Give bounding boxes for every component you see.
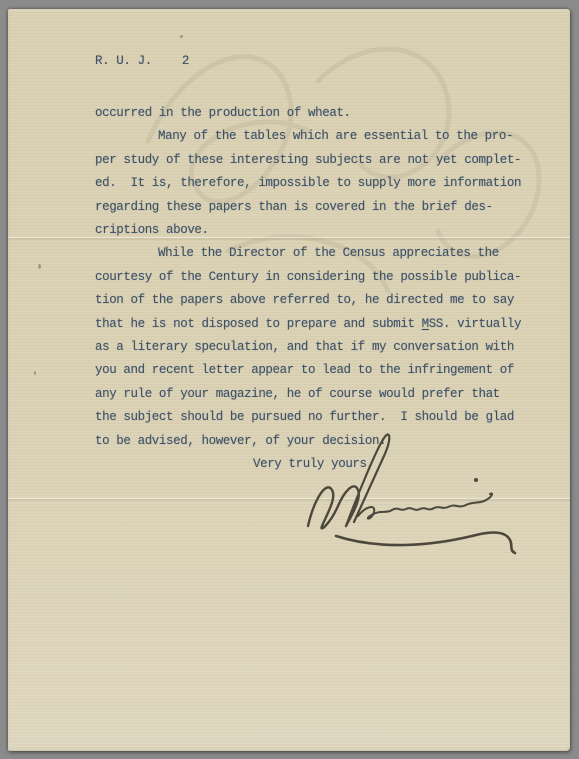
body-line: While the Director of the Census appreci… xyxy=(95,242,570,265)
page-header: R. U. J. 2 xyxy=(95,53,570,69)
body-line: the subject should be pursued no further… xyxy=(95,406,570,429)
body-line: occurred in the production of wheat. xyxy=(95,102,570,125)
page-number: 2 xyxy=(182,53,189,69)
body-line: tion of the papers above referred to, he… xyxy=(95,289,570,312)
body-line: criptions above. xyxy=(95,219,570,242)
letter-body: occurred in the production of wheat.Many… xyxy=(95,102,570,453)
body-line: ed. It is, therefore, impossible to supp… xyxy=(95,172,570,195)
body-line: Many of the tables which are essential t… xyxy=(95,125,570,148)
body-line: per study of these interesting subjects … xyxy=(95,149,570,172)
body-line: you and recent letter appear to lead to … xyxy=(95,359,570,382)
body-line: any rule of your magazine, he of course … xyxy=(95,383,570,406)
body-line: that he is not disposed to prepare and s… xyxy=(95,313,570,336)
signature-handwritten xyxy=(280,428,520,556)
reference-initials: R. U. J. xyxy=(95,53,152,69)
letter-content: R. U. J. 2 occurred in the production of… xyxy=(8,9,570,751)
body-line: courtesy of the Century in considering t… xyxy=(95,266,570,289)
body-line: regarding these papers than is covered i… xyxy=(95,196,570,219)
letter-page: R. U. J. 2 occurred in the production of… xyxy=(8,9,570,751)
scanned-letter: R. U. J. 2 occurred in the production of… xyxy=(0,0,579,759)
body-line: as a literary speculation, and that if m… xyxy=(95,336,570,359)
